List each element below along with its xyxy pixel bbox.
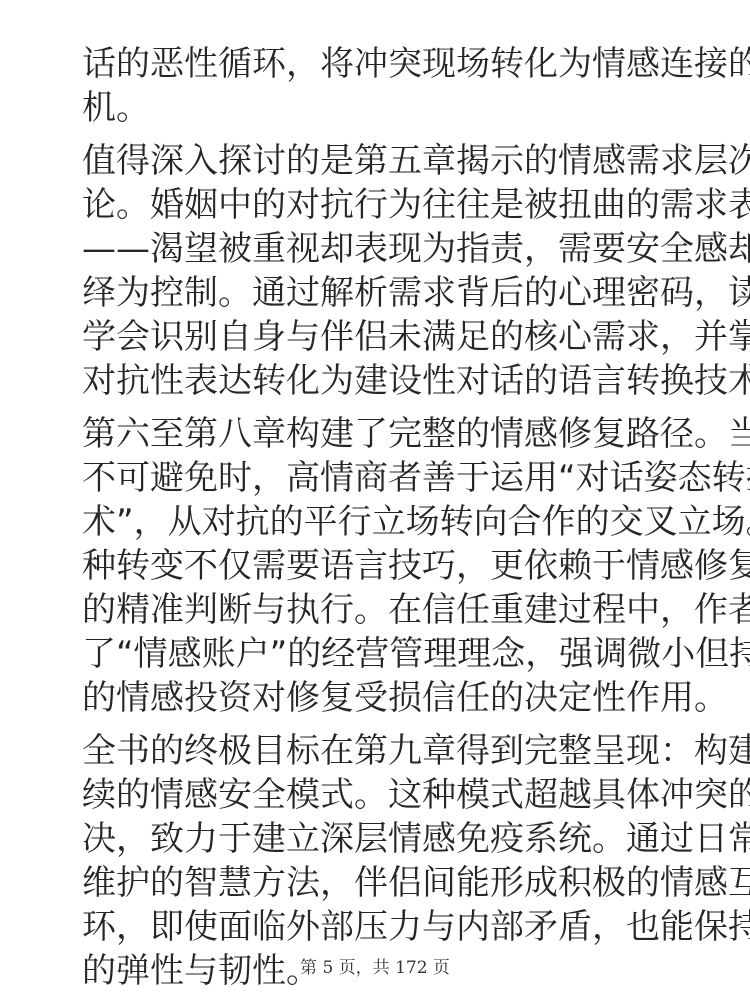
text-line: 环，即使面临外部压力与内部矛盾，也能保持关系 bbox=[82, 905, 666, 949]
text-line: ——渴望被重视却表现为指责，需要安全感却演 bbox=[82, 227, 666, 271]
text-line: 的情感投资对修复受损信任的决定性作用。 bbox=[82, 676, 666, 720]
text-line: 不可避免时，高情商者善于运用“对话姿态转换艺 bbox=[82, 456, 666, 500]
paragraph-3: 第六至第八章构建了完整的情感修复路径。当冲突 不可避免时，高情商者善于运用“对话… bbox=[82, 412, 666, 720]
text-line: 维护的智慧方法，伴侣间能形成积极的情感互动循 bbox=[82, 861, 666, 905]
text-line: 决，致力于建立深层情感免疫系统。通过日常情感 bbox=[82, 817, 666, 861]
text-line: 话的恶性循环，将冲突现场转化为情感连接的契 bbox=[82, 42, 666, 86]
text-line: 术”，从对抗的平行立场转向合作的交叉立场。这 bbox=[82, 500, 666, 544]
text-line: 续的情感安全模式。这种模式超越具体冲突的解 bbox=[82, 773, 666, 817]
text-line: 种转变不仅需要语言技巧，更依赖于情感修复时机 bbox=[82, 544, 666, 588]
page-body: 话的恶性循环，将冲突现场转化为情感连接的契 机。 值得深入探讨的是第五章揭示的情… bbox=[82, 42, 666, 1000]
text-line: 学会识别自身与伴侣未满足的核心需求，并掌握将 bbox=[82, 315, 666, 359]
text-line: 第六至第八章构建了完整的情感修复路径。当冲突 bbox=[82, 412, 666, 456]
text-line: 值得深入探讨的是第五章揭示的情感需求层次理 bbox=[82, 139, 666, 183]
paragraph-2: 值得深入探讨的是第五章揭示的情感需求层次理 论。婚姻中的对抗行为往往是被扭曲的需… bbox=[82, 139, 666, 403]
text-line: 机。 bbox=[82, 86, 666, 130]
text-line: 全书的终极目标在第九章得到完整呈现：构建可持 bbox=[82, 729, 666, 773]
text-line: 了“情感账户”的经营管理理念，强调微小但持续 bbox=[82, 632, 666, 676]
text-line: 论。婚姻中的对抗行为往往是被扭曲的需求表达 bbox=[82, 183, 666, 227]
text-line: 对抗性表达转化为建设性对话的语言转换技术。 bbox=[82, 359, 666, 403]
text-line: 的精准判断与执行。在信任重建过程中，作者提出 bbox=[82, 588, 666, 632]
page-number-footer: 第 5 页，共 172 页 bbox=[0, 953, 750, 978]
paragraph-1: 话的恶性循环，将冲突现场转化为情感连接的契 机。 bbox=[82, 42, 666, 130]
text-line: 绎为控制。通过解析需求背后的心理密码，读者将 bbox=[82, 271, 666, 315]
